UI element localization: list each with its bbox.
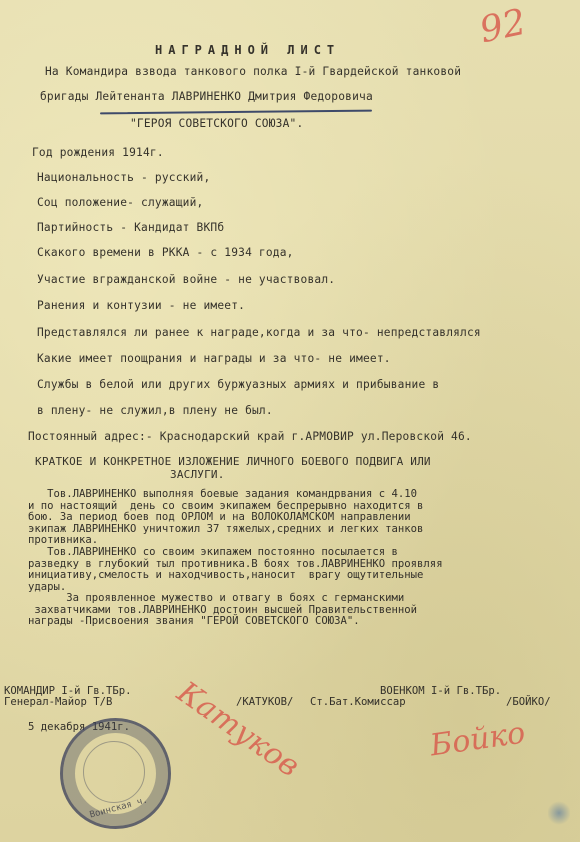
field-nationality: Национальность - русский, bbox=[37, 171, 210, 184]
handwritten-signature-boyko: Бойко bbox=[428, 716, 527, 764]
document-title: НАГРАДНОЙ ЛИСТ bbox=[155, 43, 340, 57]
field-current-awards: Какие имеет поощрания и награды и за что… bbox=[37, 352, 391, 365]
handwritten-signature-katukov: Катуков bbox=[171, 675, 306, 784]
field-captivity: в плену- не служил,в плену не был. bbox=[37, 404, 273, 417]
narrative-paragraph-2: Тов.ЛАВРИНЕНКО со своим экипажем постоян… bbox=[28, 547, 443, 593]
commissar-name: /БОЙКО/ bbox=[506, 697, 551, 709]
field-civil-war: Участие вгражданской войне - не участвов… bbox=[37, 273, 335, 286]
field-previous-awards: Представлялся ли ранее к награде,когда и… bbox=[37, 326, 481, 339]
ink-smudge bbox=[548, 800, 570, 826]
section-title-line-2: ЗАСЛУГИ. bbox=[170, 468, 225, 481]
field-address: Постоянный адрес:- Краснодарский край г.… bbox=[28, 430, 472, 443]
commander-rank: Генерал-Майор Т/В bbox=[4, 697, 112, 709]
seal-inner-ring bbox=[83, 741, 145, 803]
field-wounds: Ранения и контузии - не имеет. bbox=[37, 299, 245, 312]
commander-name: /КАТУКОВ/ bbox=[236, 697, 293, 709]
section-title-line-1: КРАТКОЕ И КОНКРЕТНОЕ ИЗЛОЖЕНИЕ ЛИЧНОГО Б… bbox=[35, 455, 431, 468]
nomination-line-1: На Командира взвода танкового полка I-й … bbox=[45, 65, 461, 78]
field-social-status: Соц положение- служащий, bbox=[37, 196, 203, 209]
award-sheet-page: 92 НАГРАДНОЙ ЛИСТ На Командира взвода та… bbox=[0, 0, 580, 842]
nomination-line-2: бригады Лейтенанта ЛАВРИНЕНКО Дмитрия Фе… bbox=[40, 90, 373, 103]
field-white-army: Службы в белой или других буржуазных арм… bbox=[37, 378, 439, 391]
official-seal-stamp: Воинская ч. bbox=[60, 718, 171, 829]
commissar-rank: Ст.Бат.Комиссар bbox=[310, 697, 406, 709]
narrative-paragraph-1: Тов.ЛАВРИНЕНКО выполняя боевые задания к… bbox=[28, 489, 423, 547]
narrative-paragraph-3: За проявленное мужество и отвагу в боях … bbox=[28, 593, 417, 628]
field-army-since: Скакого времени в РККА - с 1934 года, bbox=[37, 246, 294, 259]
hero-title-line: "ГЕРОЯ СОВЕТСКОГО СОЮЗА". bbox=[130, 117, 303, 130]
field-birth-year: Год рождения 1914г. bbox=[32, 146, 164, 159]
archive-number-mark: 92 bbox=[476, 2, 529, 52]
field-party: Партийность - Кандидат ВКПб bbox=[37, 221, 224, 234]
name-underline bbox=[100, 110, 372, 115]
